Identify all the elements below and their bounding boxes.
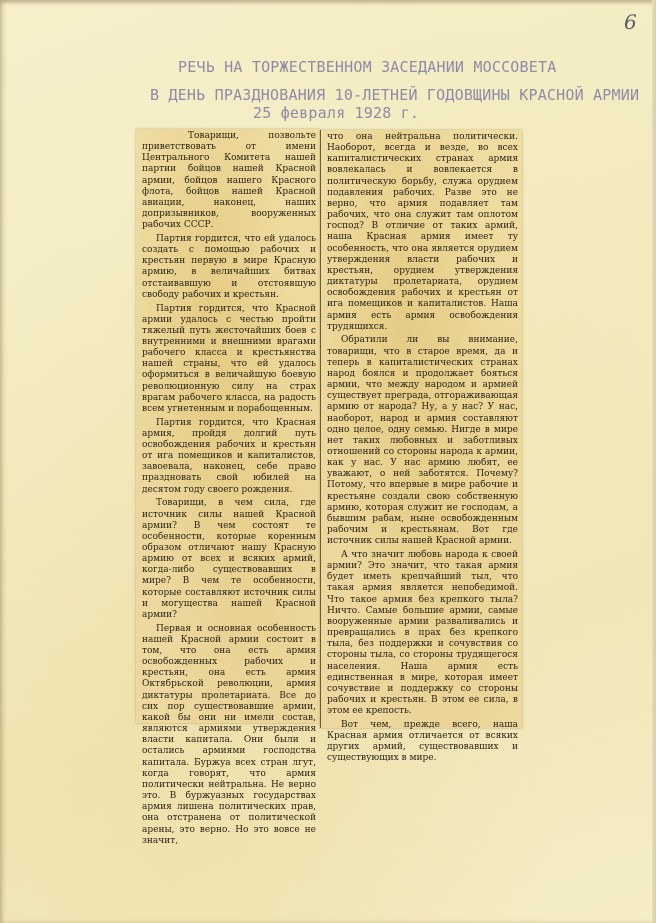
paragraph: Партия гордится, что Красной армии удало… (142, 304, 316, 416)
page-edge (652, 0, 656, 923)
newspaper-clipping-left-column: Товарищи, позвольте приветствовать от им… (136, 129, 320, 723)
paragraph: Партия гордится, что ей удалось создать … (142, 234, 316, 301)
paragraph: Обратили ли вы внимание, товарищи, что в… (327, 335, 518, 547)
archival-page: 6 РЕЧЬ НА ТОРЖЕСТВЕННОМ ЗАСЕДАНИИ МОССОВ… (0, 0, 656, 923)
folio-number: 6 (624, 10, 637, 34)
faint-stamp-mark (500, 770, 580, 800)
heading-date: 25 февраля 1928 г. (253, 104, 419, 122)
paragraph: Вот чем, прежде всего, наша Красная арми… (327, 720, 518, 765)
left-column-text: Товарищи, позвольте приветствовать от им… (142, 131, 316, 849)
paragraph: Товарищи, в чем сила, где источник силы … (142, 498, 316, 621)
right-column-text: что она нейтральна политически. Наоборот… (327, 132, 518, 767)
paragraph: Первая и основная особенность нашей Крас… (142, 624, 316, 847)
paragraph: что она нейтральна политически. Наоборот… (327, 132, 518, 333)
paragraph: А что значит любовь народа к своей армии… (327, 550, 518, 717)
heading-subtitle: В ДЕНЬ ПРАЗДНОВАНИЯ 10-ЛЕТНЕЙ ГОДОВЩИНЫ … (150, 86, 639, 104)
paragraph: Партия гордится, что Красная армия, прой… (142, 418, 316, 496)
newspaper-clipping-right-column: что она нейтральна политически. Наоборот… (320, 130, 522, 728)
paragraph: Товарищи, позвольте приветствовать от им… (142, 131, 316, 231)
heading-title: РЕЧЬ НА ТОРЖЕСТВЕННОМ ЗАСЕДАНИИ МОССОВЕТ… (178, 58, 556, 76)
